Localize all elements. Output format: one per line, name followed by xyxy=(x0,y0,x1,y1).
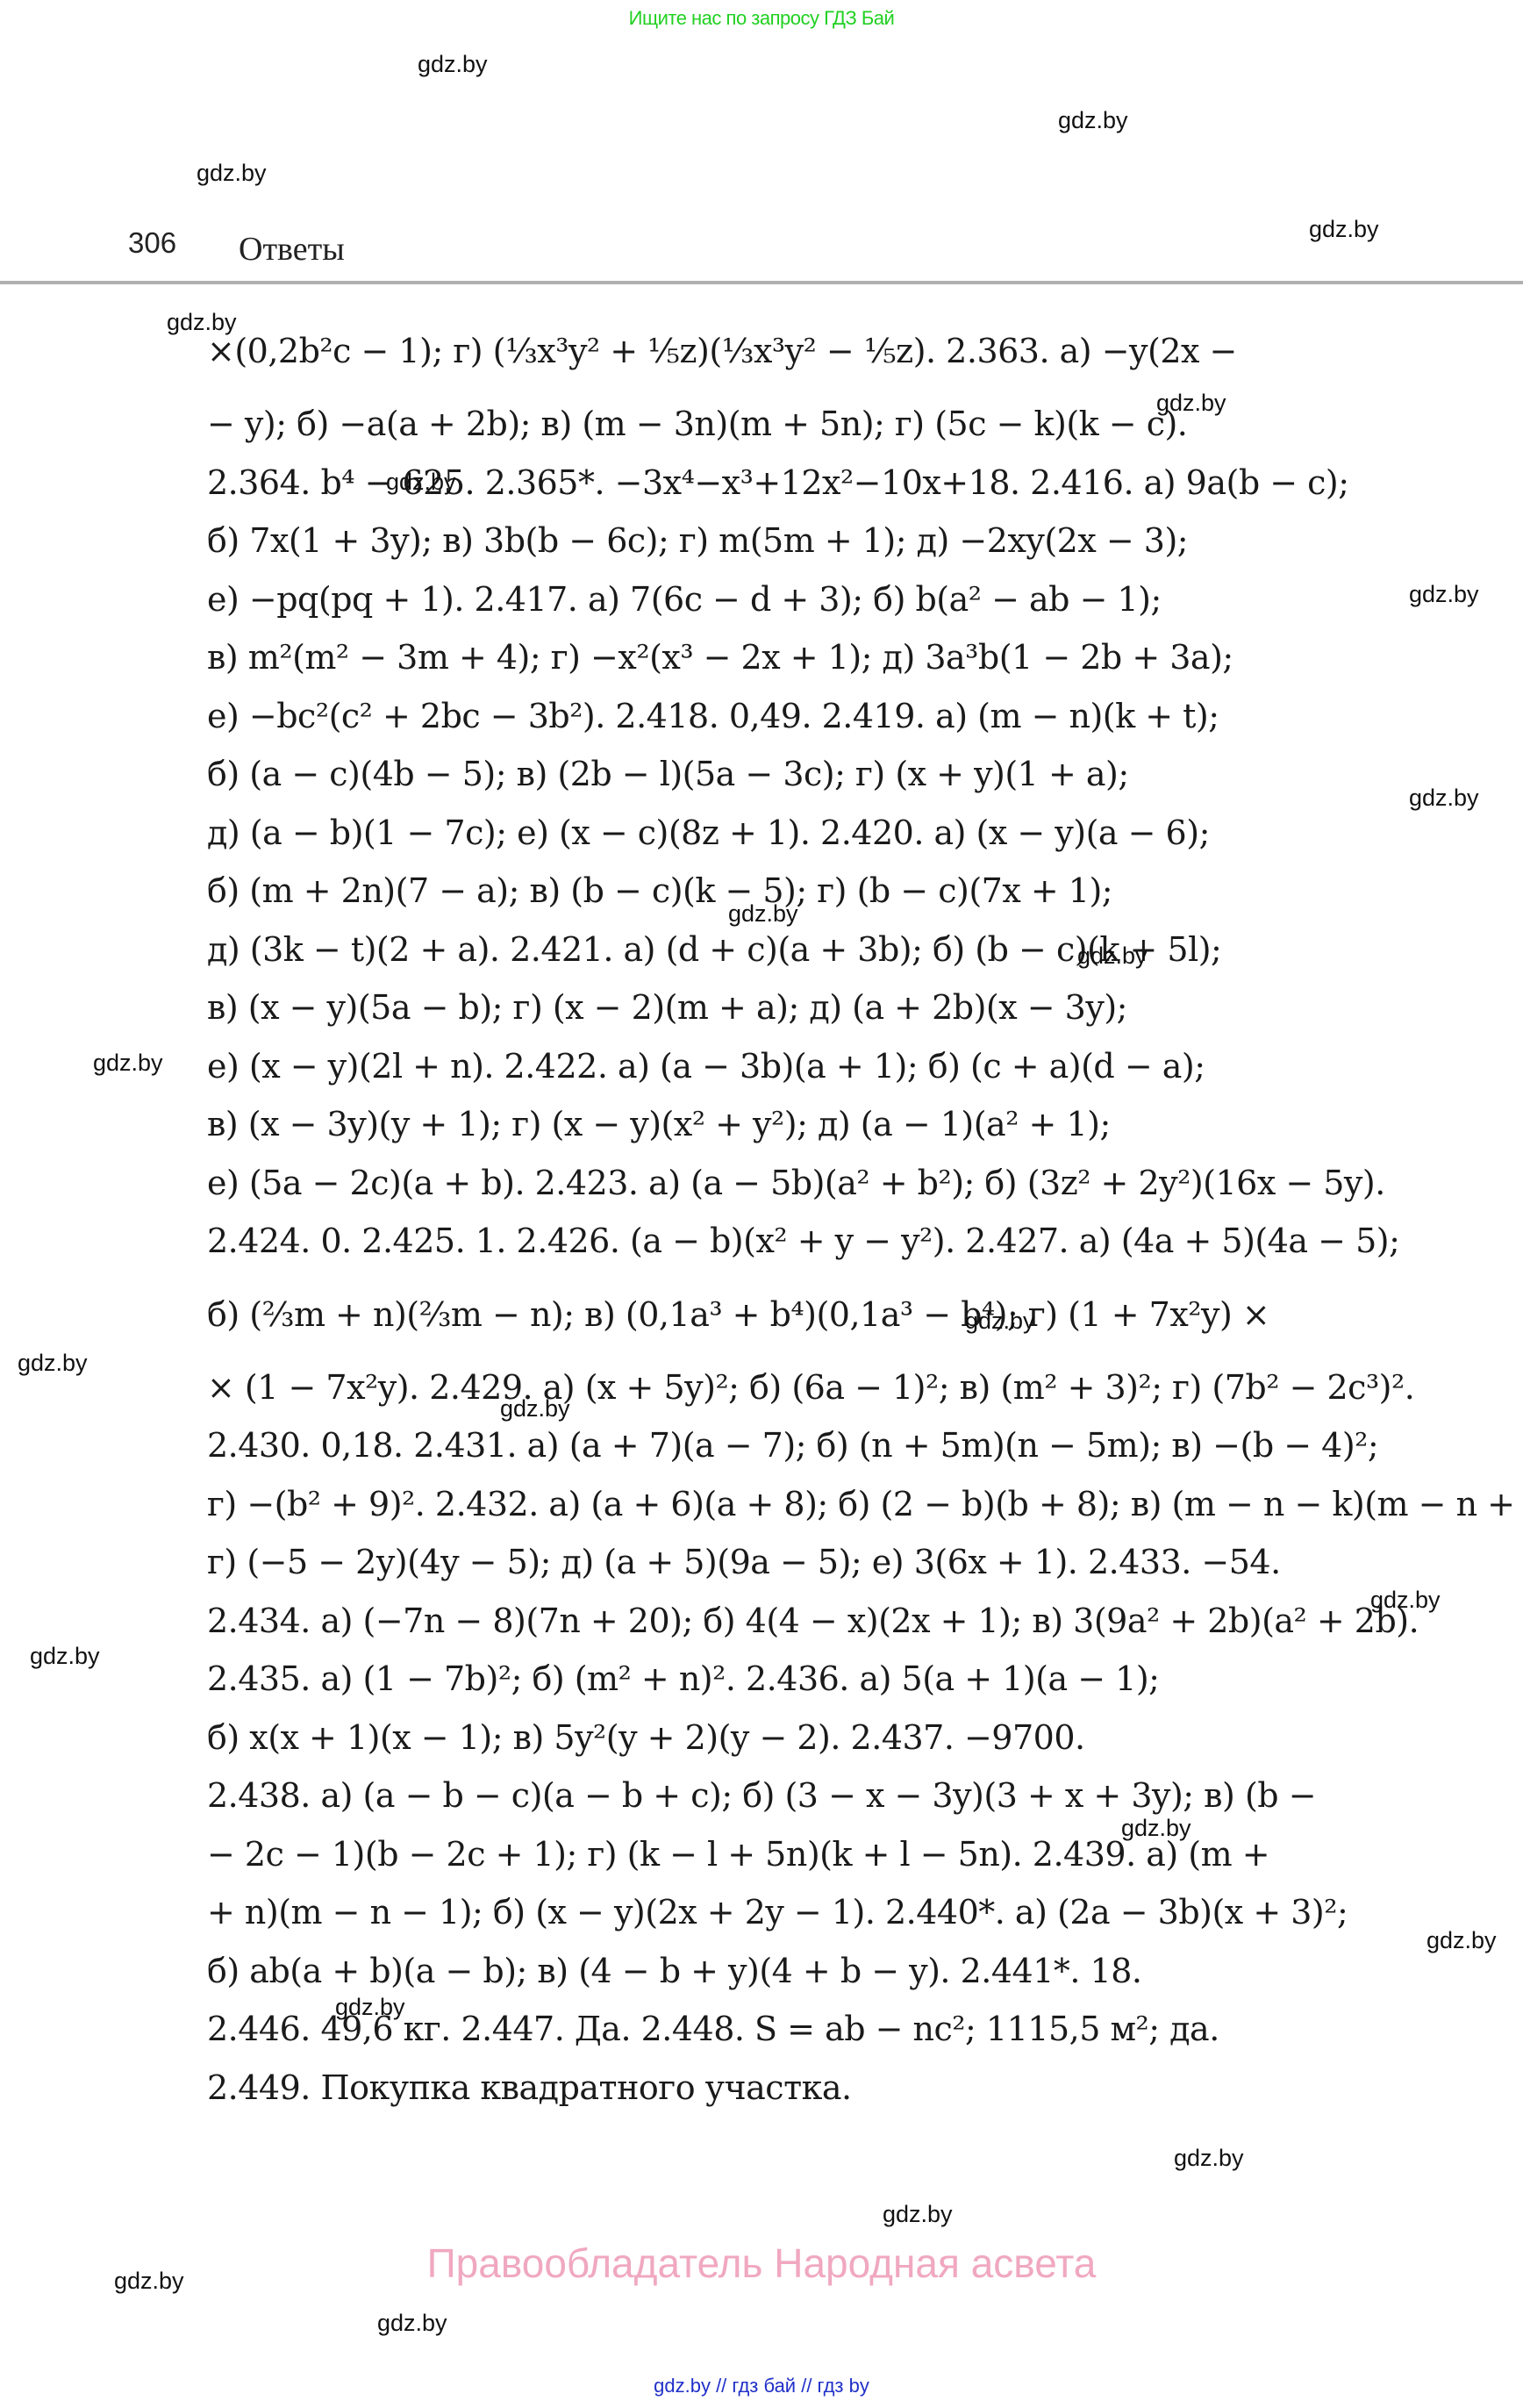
footer-links[interactable]: gdz.by // гдз бай // гдз by xyxy=(0,2375,1523,2397)
answer-line: г) (−5 − 2y)(4y − 5); д) (a + 5)(9a − 5)… xyxy=(207,1533,1376,1592)
section-title: Ответы xyxy=(239,230,345,269)
answer-line: е) (5a − 2c)(a + b). 2.423. а) (a − 5b)(… xyxy=(207,1154,1376,1213)
header-divider xyxy=(0,281,1523,284)
watermark-text: gdz.by xyxy=(1409,785,1479,812)
answer-line: 2.430. 0,18. 2.431. а) (a + 7)(a − 7); б… xyxy=(207,1416,1376,1475)
watermark-text: gdz.by xyxy=(418,51,488,78)
answer-line: 2.438. а) (a − b − c)(a − b + c); б) (3 … xyxy=(207,1767,1376,1825)
answer-line: б) (⅔m + n)(⅔m − n); в) (0,1a³ + b⁴)(0,1… xyxy=(207,1271,1376,1358)
watermark-text: gdz.by xyxy=(197,160,267,187)
watermark-text: gdz.by xyxy=(1121,1815,1191,1842)
watermark-text: gdz.by xyxy=(93,1050,163,1077)
answer-line: е) (x − y)(2l + n). 2.422. а) (a − 3b)(a… xyxy=(207,1037,1376,1096)
watermark-text: gdz.by xyxy=(1156,390,1226,417)
answer-line: 2.434. а) (−7n − 8)(7n + 20); б) 4(4 − x… xyxy=(207,1592,1376,1651)
answer-line: е) −pq(pq + 1). 2.417. а) 7(6c − d + 3);… xyxy=(207,570,1376,629)
answer-line: б) x(x + 1)(x − 1); в) 5y²(y + 2)(y − 2)… xyxy=(207,1709,1376,1767)
watermark-text: gdz.by xyxy=(335,1994,405,2021)
watermark-text: gdz.by xyxy=(1370,1587,1441,1614)
watermark-text: gdz.by xyxy=(30,1643,100,1670)
answer-line: в) (x − y)(5a − b); г) (x − 2)(m + a); д… xyxy=(207,978,1376,1037)
watermark-text: gdz.by xyxy=(1426,1927,1497,1954)
answer-line: − 2c − 1)(b − 2c + 1); г) (k − l + 5n)(k… xyxy=(207,1825,1376,1884)
watermark-text: gdz.by xyxy=(728,900,798,928)
answer-line: б) ab(a + b)(a − b); в) (4 − b + y)(4 + … xyxy=(207,1942,1376,2001)
answers-body: ×(0,2b²c − 1); г) (⅓x³y² + ⅕z)(⅓x³y² − ⅕… xyxy=(207,307,1376,2117)
watermark-text: gdz.by xyxy=(500,1395,570,1423)
answer-line: 2.435. а) (1 − 7b)²; б) (m² + n)². 2.436… xyxy=(207,1650,1376,1709)
watermark-text: gdz.by xyxy=(386,469,456,496)
answer-line: 2.424. 0. 2.425. 1. 2.426. (a − b)(x² + … xyxy=(207,1212,1376,1271)
watermark-text: gdz.by xyxy=(18,1350,88,1377)
answer-line: е) −bc²(c² + 2bc − 3b²). 2.418. 0,49. 2.… xyxy=(207,687,1376,746)
watermark-text: gdz.by xyxy=(883,2201,953,2228)
watermark-text: gdz.by xyxy=(1409,581,1479,608)
watermark-text: gdz.by xyxy=(1058,107,1128,134)
answer-line: 2.364. b⁴ − 625. 2.365*. −3x⁴−x³+12x²−10… xyxy=(207,454,1376,512)
page-number: 306 xyxy=(128,226,176,260)
watermark-text: gdz.by xyxy=(377,2310,447,2337)
answer-line: 2.449. Покупка квадратного участка. xyxy=(207,2059,1376,2118)
answer-line: в) m²(m² − 3m + 4); г) −x²(x³ − 2x + 1);… xyxy=(207,628,1376,687)
answer-line: ×(0,2b²c − 1); г) (⅓x³y² + ⅕z)(⅓x³y² − ⅕… xyxy=(207,307,1376,395)
watermark-text: gdz.by xyxy=(965,1308,1035,1335)
answer-line: д) (3k − t)(2 + a). 2.421. а) (d + c)(a … xyxy=(207,921,1376,979)
answer-line: б) 7x(1 + 3y); в) 3b(b − 6c); г) m(5m + … xyxy=(207,512,1376,570)
answer-line: + n)(m − n − 1); б) (x − y)(2x + 2y − 1)… xyxy=(207,1883,1376,1942)
answer-line: б) (a − c)(4b − 5); в) (2b − l)(5a − 3c)… xyxy=(207,745,1376,804)
answer-line: × (1 − 7x²y). 2.429. а) (x + 5y)²; б) (6… xyxy=(207,1358,1376,1417)
answer-line: в) (x − 3y)(y + 1); г) (x − y)(x² + y²);… xyxy=(207,1095,1376,1154)
watermark-text: gdz.by xyxy=(1077,942,1148,970)
top-banner: Ищите нас по запросу ГДЗ Бай xyxy=(0,7,1523,30)
rights-holder-notice: Правообладатель Народная асвета xyxy=(0,2240,1523,2287)
answer-line: г) −(b² + 9)². 2.432. а) (a + 6)(a + 8);… xyxy=(207,1475,1376,1534)
watermark-text: gdz.by xyxy=(1309,216,1379,243)
watermark-text: gdz.by xyxy=(167,309,237,336)
watermark-text: gdz.by xyxy=(1174,2145,1244,2172)
answer-line: д) (a − b)(1 − 7c); е) (x − c)(8z + 1). … xyxy=(207,804,1376,863)
